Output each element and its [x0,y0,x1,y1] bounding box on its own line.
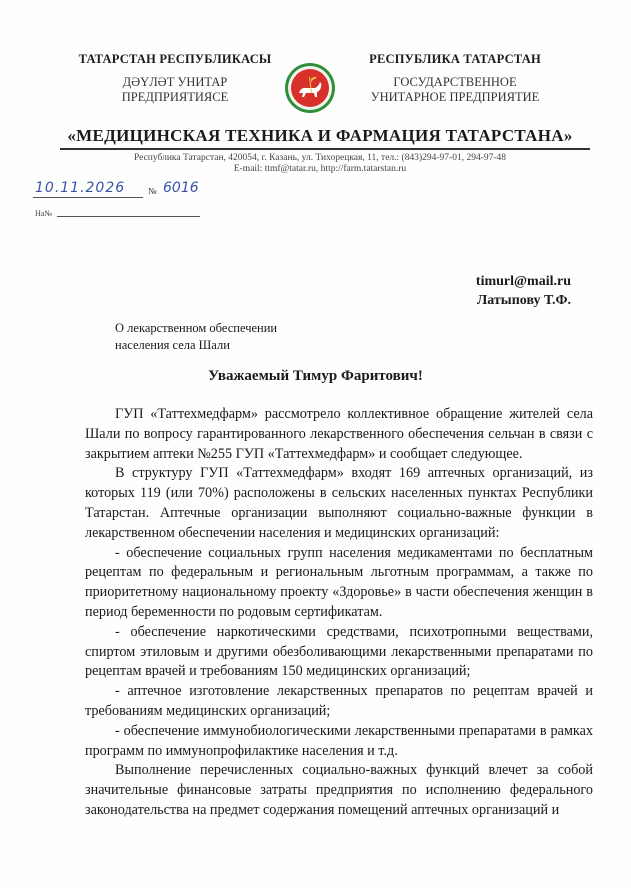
body-paragraph: Выполнение перечисленных социально-важны… [85,761,593,820]
letter-body: ГУП «Таттехмедфарм» рассмотрело коллекти… [85,405,593,821]
body-paragraph: В структуру ГУП «Таттехмедфарм» входят 1… [85,464,593,543]
salutation: Уважаемый Тимур Фаритович! [0,368,631,385]
reference-label: На№ [35,209,52,218]
header-russian-line1: ГОСУДАРСТВЕННОЕ [350,75,560,90]
recipient-email: timurl@mail.ru [476,272,571,291]
header-russian: РЕСПУБЛИКА ТАТАРСТАН ГОСУДАРСТВЕННОЕ УНИ… [350,52,560,105]
subject-line: населения села Шали [115,337,277,354]
recipient-name: Латыпову Т.Ф. [476,291,571,310]
organization-address: Республика Татарстан, 420054, г. Казань,… [60,153,580,175]
outgoing-date: 10.11.2026 [35,180,125,196]
header-tatar-line2: ПРЕДПРИЯТИЯСЕ [70,90,280,105]
outgoing-number: 6016 [163,180,199,196]
tatarstan-coat-of-arms-icon [285,63,335,113]
date-underline [33,197,143,198]
header-russian-line2: УНИТАРНОЕ ПРЕДПРИЯТИЕ [350,90,560,105]
address-line: Республика Татарстан, 420054, г. Казань,… [60,153,580,164]
body-paragraph: - обеспечение иммунобиологическими лекар… [85,722,593,762]
organization-name: «МЕДИЦИНСКАЯ ТЕХНИКА И ФАРМАЦИЯ ТАТАРСТА… [60,126,580,146]
header-divider [60,148,590,150]
header-tatar-line1: ДӘҮЛӘТ УНИТАР [70,75,280,90]
reference-underline [57,216,200,217]
number-label: № [148,186,157,196]
body-paragraph: - обеспечение социальных групп населения… [85,544,593,623]
header-tatar: ТАТАРСТАН РЕСПУБЛИКАСЫ ДӘҮЛӘТ УНИТАР ПРЕ… [70,52,280,105]
subject-line: О лекарственном обеспечении [115,320,277,337]
body-paragraph: - обеспечение наркотическими средствами,… [85,623,593,682]
recipient-block: timurl@mail.ru Латыпову Т.Ф. [476,272,571,310]
body-paragraph: ГУП «Таттехмедфарм» рассмотрело коллекти… [85,405,593,464]
header-russian-title: РЕСПУБЛИКА ТАТАРСТАН [350,52,560,67]
header-tatar-title: ТАТАРСТАН РЕСПУБЛИКАСЫ [70,52,280,67]
letter-subject: О лекарственном обеспечении населения се… [115,320,277,354]
contacts-line: E-mail: ttmf@tatar.ru, http://farm.tatar… [60,164,580,175]
letter-page: ТАТАРСТАН РЕСПУБЛИКАСЫ ДӘҮЛӘТ УНИТАР ПРЕ… [0,0,631,888]
body-paragraph: - аптечное изготовление лекарственных пр… [85,682,593,722]
